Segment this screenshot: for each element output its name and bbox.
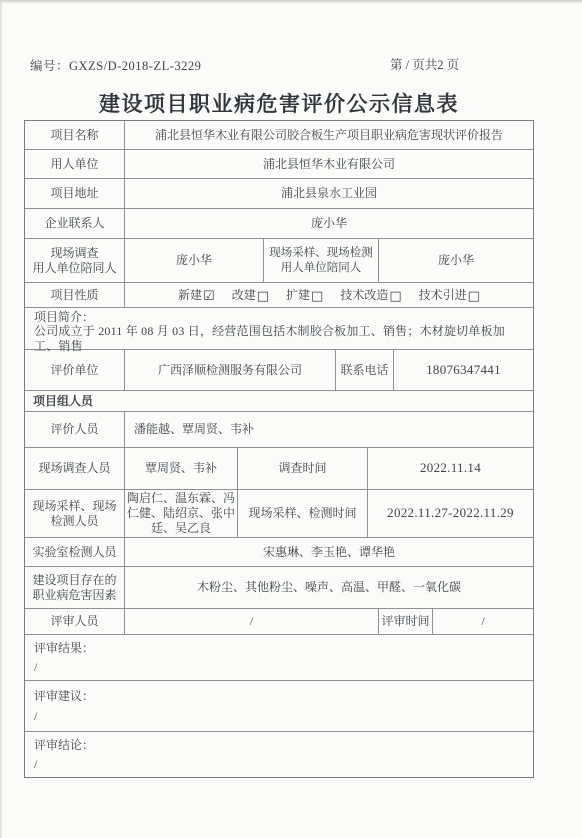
row-team-header: 项目组人员: [25, 391, 533, 412]
review-conclusion: 评审结论： /: [25, 732, 533, 777]
team-section-header: 项目组人员: [25, 391, 533, 411]
row-employer: 用人单位 浦北县恒华木业有限公司: [25, 150, 533, 179]
survey-escort-label: 现场调查 用人单位陪同人: [25, 239, 125, 282]
sampling-escort-label-line1: 现场采样、现场检测: [269, 246, 373, 260]
review-conclusion-label: 评审结论：: [34, 738, 94, 752]
evaluation-org-label: 评价单位: [25, 350, 125, 390]
row-project-address: 项目地址 浦北县泉水工业园: [25, 179, 533, 209]
project-nature-label: 项目性质: [25, 283, 125, 307]
unchecked-checkbox-icon: □: [389, 290, 401, 303]
unchecked-checkbox-icon: □: [311, 290, 323, 303]
nature-option-rebuild-label: 改建: [232, 288, 256, 303]
row-project-intro: 项目简介： 公司成立于 2011 年 08 月 03 日，经营范围包括木制胶合板…: [25, 308, 533, 350]
survey-escort-value: 庞小华: [125, 239, 264, 282]
row-review-conclusion: 评审结论： /: [25, 732, 533, 777]
phone-label: 联系电话: [336, 350, 394, 390]
row-evaluators: 评价人员 潘能越、覃周贤、韦补: [25, 412, 533, 448]
review-staff-label: 评审人员: [25, 609, 125, 634]
project-intro-label: 项目简介：: [34, 310, 94, 324]
evaluators-label: 评价人员: [25, 412, 125, 447]
nature-option-tech-upgrade-label: 技术改造: [340, 288, 388, 303]
company-contact-value: 庞小华: [125, 209, 533, 238]
review-conclusion-value: /: [34, 757, 37, 771]
review-result-value: /: [34, 660, 37, 674]
phone-value: 18076347441: [394, 350, 533, 390]
hazard-factors-label: 建设项目存在的职业病危害因素: [25, 567, 125, 608]
review-time-value: /: [433, 609, 533, 634]
project-intro: 项目简介： 公司成立于 2011 年 08 月 03 日，经营范围包括木制胶合板…: [25, 308, 533, 349]
project-address-value: 浦北县泉水工业园: [125, 179, 533, 208]
review-result: 评审结果： /: [25, 635, 533, 680]
nature-option-rebuild: 改建□: [232, 288, 269, 303]
page-indicator: 第 / 页共2 页: [390, 55, 459, 73]
survey-staff-value: 覃周贤、韦补: [125, 448, 238, 489]
survey-time-value: 2022.11.14: [368, 448, 533, 489]
sampling-escort-label: 现场采样、现场检测 用人单位陪同人: [264, 239, 379, 282]
doc-number: 编号：GXZS/D-2018-ZL-3229: [30, 56, 201, 74]
row-project-name: 项目名称 浦北县恒华木业有限公司胶合板生产项目职业病危害现状评价报告: [25, 121, 533, 150]
row-review-result: 评审结果： /: [25, 635, 533, 681]
project-nature-options: 新建☑ 改建□ 扩建□ 技术改造□ 技术引进□: [125, 283, 533, 307]
project-name-value: 浦北县恒华木业有限公司胶合板生产项目职业病危害现状评价报告: [125, 121, 533, 149]
sampling-escort-value: 庞小华: [379, 239, 533, 282]
hazard-factors-value: 木粉尘、其他粉尘、噪声、高温、甲醛、一氧化碳: [125, 567, 533, 608]
row-survey-staff: 现场调查人员 覃周贤、韦补 调查时间 2022.11.14: [25, 448, 533, 490]
company-contact-label: 企业联系人: [25, 209, 125, 238]
row-hazard-factors: 建设项目存在的职业病危害因素 木粉尘、其他粉尘、噪声、高温、甲醛、一氧化碳: [25, 567, 533, 609]
row-evaluation-org: 评价单位 广西泽顺检测服务有限公司 联系电话 18076347441: [25, 350, 533, 391]
nature-option-expand-label: 扩建: [286, 288, 310, 303]
evaluation-org-value: 广西泽顺检测服务有限公司: [125, 350, 336, 390]
lab-staff-label: 实验室检测人员: [25, 538, 125, 566]
row-review-advice: 评审建议： /: [25, 681, 533, 732]
row-project-nature: 项目性质 新建☑ 改建□ 扩建□ 技术改造□ 技术引进□: [25, 283, 533, 308]
unchecked-checkbox-icon: □: [257, 290, 269, 303]
row-escorts: 现场调查 用人单位陪同人 庞小华 现场采样、现场检测 用人单位陪同人 庞小华: [25, 239, 533, 283]
nature-option-expand: 扩建□: [286, 288, 323, 303]
page-title: 建设项目职业病危害评价公示信息表: [24, 88, 534, 118]
survey-time-label: 调查时间: [238, 448, 368, 489]
project-name-label: 项目名称: [25, 121, 125, 149]
employer-label: 用人单位: [25, 150, 125, 178]
checked-checkbox-icon: ☑: [203, 290, 215, 303]
sampling-staff-value: 陶启仁、温东霖、冯仁健、陆绍京、张中廷、吴乙良: [125, 490, 238, 537]
review-result-label: 评审结果：: [34, 641, 94, 655]
review-advice-label: 评审建议：: [34, 689, 94, 703]
info-table: 项目名称 浦北县恒华木业有限公司胶合板生产项目职业病危害现状评价报告 用人单位 …: [24, 120, 534, 778]
sampling-time-label: 现场采样、检测时间: [238, 490, 368, 537]
row-review-staff: 评审人员 / 评审时间 /: [25, 609, 533, 635]
nature-option-tech-import: 技术引进□: [419, 288, 480, 303]
nature-option-tech-upgrade: 技术改造□: [340, 288, 401, 303]
project-intro-text: 公司成立于 2011 年 08 月 03 日，经营范围包括木制胶合板加工、销售；…: [34, 324, 524, 353]
row-company-contact: 企业联系人 庞小华: [25, 209, 533, 239]
review-staff-value: /: [125, 609, 379, 634]
row-lab-staff: 实验室检测人员 宋惠琳、李玉艳、谭华艳: [25, 538, 533, 567]
evaluators-value: 潘能越、覃周贤、韦补: [125, 412, 533, 447]
unchecked-checkbox-icon: □: [468, 290, 480, 303]
nature-option-tech-import-label: 技术引进: [419, 288, 467, 303]
sampling-escort-label-line2: 用人单位陪同人: [281, 261, 362, 275]
employer-value: 浦北县恒华木业有限公司: [125, 150, 533, 178]
sampling-time-value: 2022.11.27-2022.11.29: [368, 490, 533, 537]
sampling-staff-label: 现场采样、现场检测人员: [25, 490, 125, 537]
survey-staff-label: 现场调查人员: [25, 448, 125, 489]
row-sampling-staff: 现场采样、现场检测人员 陶启仁、温东霖、冯仁健、陆绍京、张中廷、吴乙良 现场采样…: [25, 490, 533, 538]
project-address-label: 项目地址: [25, 179, 125, 208]
review-advice: 评审建议： /: [25, 681, 533, 731]
scanned-document-page: 编号：GXZS/D-2018-ZL-3229 第 / 页共2 页 建设项目职业病…: [0, 0, 582, 838]
lab-staff-value: 宋惠琳、李玉艳、谭华艳: [125, 538, 533, 566]
nature-option-new: 新建☑: [178, 288, 215, 303]
review-advice-value: /: [34, 709, 37, 723]
review-time-label: 评审时间: [379, 609, 433, 634]
survey-escort-label-line2: 用人单位陪同人: [32, 261, 116, 276]
nature-option-new-label: 新建: [178, 288, 202, 303]
survey-escort-label-line1: 现场调查: [50, 246, 98, 261]
